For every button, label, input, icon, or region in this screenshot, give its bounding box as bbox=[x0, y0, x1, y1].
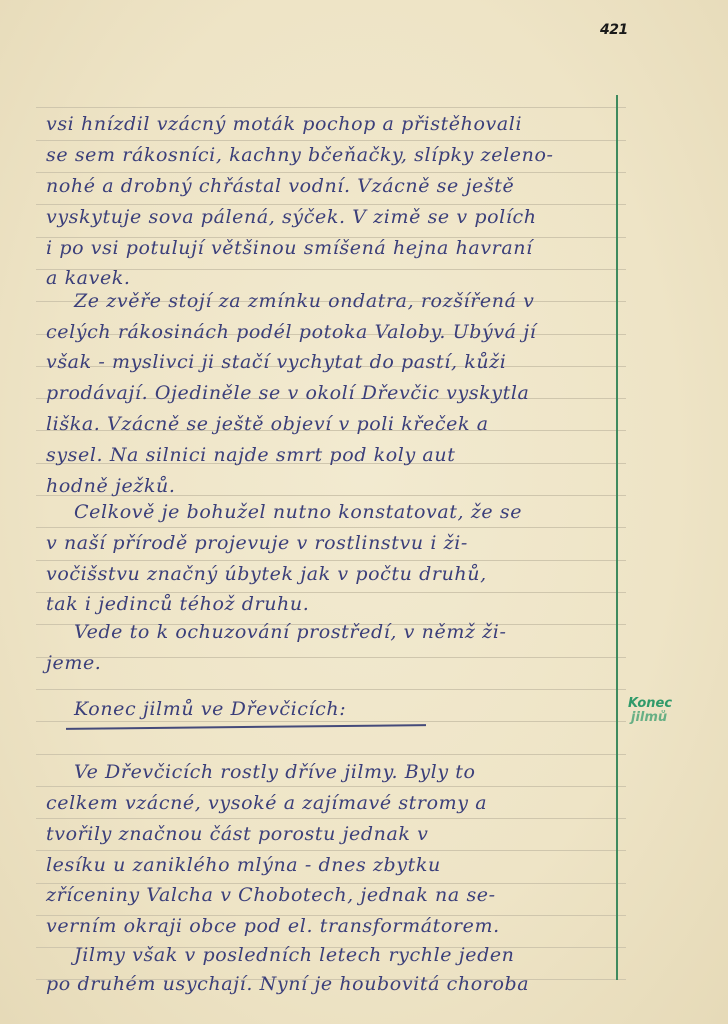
text-line: hodně ježků. bbox=[46, 474, 626, 498]
text-line: i po vsi potulují většinou smíšená hejna… bbox=[46, 236, 626, 260]
text-line: zříceniny Valcha v Chobotech, jednak na … bbox=[46, 883, 626, 907]
ruled-line bbox=[36, 172, 626, 173]
text-line: Ze zvěře stojí za zmínku ondatra, rozšíř… bbox=[74, 289, 654, 313]
ruled-line bbox=[36, 560, 626, 561]
text-line: celých rákosinách podél potoka Valoby. U… bbox=[46, 320, 626, 344]
text-line: jeme. bbox=[46, 651, 626, 675]
ruled-line bbox=[36, 850, 626, 851]
text-line: po druhém usychají. Nyní je houbovitá ch… bbox=[46, 972, 626, 996]
document-page: 421 vsi hnízdil vzácný moták pochop bbox=[0, 0, 728, 1024]
text-line: se sem rákosníci, kachny bčeňačky, slípk… bbox=[46, 143, 626, 167]
text-line: celkem vzácné, vysoké a zajímavé stromy … bbox=[46, 791, 626, 815]
ruled-line bbox=[36, 818, 626, 819]
text-line: vočišstvu značný úbytek jak v počtu druh… bbox=[46, 562, 626, 586]
ruled-line bbox=[36, 786, 626, 787]
ruled-line bbox=[36, 721, 626, 722]
text-line: Ve Dřevčicích rostly dříve jilmy. Byly t… bbox=[74, 760, 654, 784]
margin-note-stamp: Konec jilmů bbox=[628, 697, 672, 725]
text-line: Vede to k ochuzování prostředí, v němž ž… bbox=[74, 620, 654, 644]
text-line: prodávají. Ojediněle se v okolí Dřevčic … bbox=[46, 381, 626, 405]
section-heading: Konec jilmů ve Dřevčicích: bbox=[74, 698, 346, 720]
text-line: tvořily značnou část porostu jednak v bbox=[46, 822, 626, 846]
ruled-line bbox=[36, 527, 626, 528]
text-line: vyskytuje sova pálená, sýček. V zimě se … bbox=[46, 205, 626, 229]
text-line: lesíku u zaniklého mlýna - dnes zbytku bbox=[46, 853, 626, 877]
ruled-line bbox=[36, 689, 626, 690]
text-line: a kavek. bbox=[46, 266, 626, 290]
ruled-line bbox=[36, 754, 626, 755]
text-line: tak i jedinců téhož druhu. bbox=[46, 592, 626, 616]
margin-note-line: Konec bbox=[628, 697, 672, 711]
ruled-line bbox=[36, 140, 626, 141]
text-line: vsi hnízdil vzácný moták pochop a přistě… bbox=[46, 112, 626, 136]
text-line: verním okraji obce pod el. transformátor… bbox=[46, 914, 626, 938]
text-line: Celkově je bohužel nutno konstatovat, že… bbox=[74, 500, 654, 524]
heading-underline bbox=[66, 724, 426, 729]
text-line: sysel. Na silnici najde smrt pod koly au… bbox=[46, 443, 626, 467]
text-line: však - myslivci ji stačí vychytat do pas… bbox=[46, 350, 626, 374]
text-line: v naší přírodě projevuje v rostlinstvu i… bbox=[46, 531, 626, 555]
text-line: Jilmy však v posledních letech rychle je… bbox=[74, 943, 654, 967]
text-line: nohé a drobný chřástal vodní. Vzácně se … bbox=[46, 174, 626, 198]
margin-note-line: jilmů bbox=[628, 711, 672, 725]
ruled-line bbox=[36, 107, 626, 108]
text-line: liška. Vzácně se ještě objeví v poli kře… bbox=[46, 412, 626, 436]
page-number: 421 bbox=[600, 22, 628, 38]
